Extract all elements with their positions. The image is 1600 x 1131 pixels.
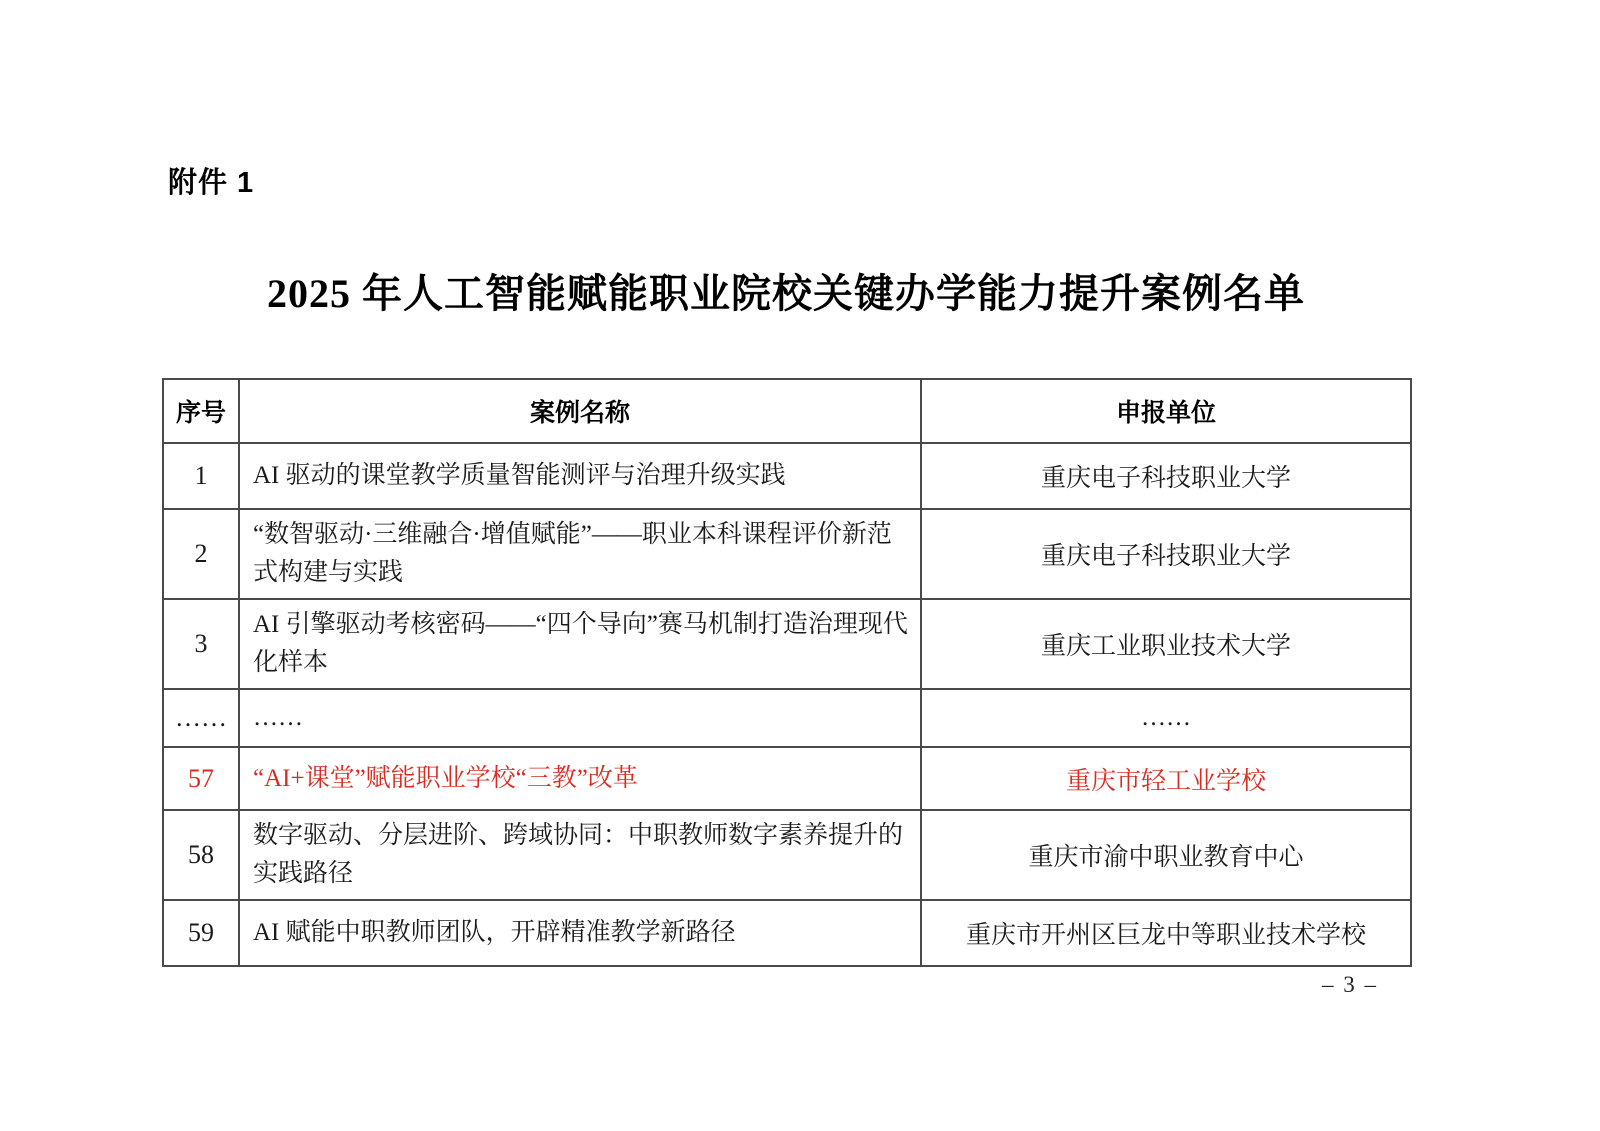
table-row: 58 数字驱动、分层进阶、跨域协同：中职教师数字素养提升的实践路径 重庆市渝中职… [163, 810, 1411, 900]
cell-serial-number: …… [163, 689, 239, 747]
table-row: 1 AI 驱动的课堂教学质量智能测评与治理升级实践 重庆电子科技职业大学 [163, 443, 1411, 509]
table-header-row: 序号 案例名称 申报单位 [163, 379, 1411, 443]
table-row-ellipsis: …… …… …… [163, 689, 1411, 747]
header-serial-number: 序号 [163, 379, 239, 443]
case-list-table: 序号 案例名称 申报单位 1 AI 驱动的课堂教学质量智能测评与治理升级实践 重… [162, 378, 1412, 967]
page-number: – 3 – [1290, 972, 1410, 998]
cell-case-name: 数字驱动、分层进阶、跨域协同：中职教师数字素养提升的实践路径 [239, 810, 921, 900]
cell-applicant-unit: 重庆电子科技职业大学 [921, 509, 1411, 599]
cell-serial-number: 57 [163, 747, 239, 810]
cell-case-name: …… [239, 689, 921, 747]
cell-applicant-unit: 重庆电子科技职业大学 [921, 443, 1411, 509]
table-row: 2 “数智驱动·三维融合·增值赋能”——职业本科课程评价新范式构建与实践 重庆电… [163, 509, 1411, 599]
table-row-highlighted: 57 “AI+课堂”赋能职业学校“三教”改革 重庆市轻工业学校 [163, 747, 1411, 810]
cell-serial-number: 58 [163, 810, 239, 900]
cell-case-name: “数智驱动·三维融合·增值赋能”——职业本科课程评价新范式构建与实践 [239, 509, 921, 599]
cell-applicant-unit: 重庆市开州区巨龙中等职业技术学校 [921, 900, 1411, 966]
cell-case-name: AI 引擎驱动考核密码——“四个导向”赛马机制打造治理现代化样本 [239, 599, 921, 689]
cell-applicant-unit: …… [921, 689, 1411, 747]
cell-serial-number: 59 [163, 900, 239, 966]
cell-serial-number: 2 [163, 509, 239, 599]
cell-applicant-unit: 重庆市轻工业学校 [921, 747, 1411, 810]
cell-case-name: AI 赋能中职教师团队，开辟精准教学新路径 [239, 900, 921, 966]
header-case-name: 案例名称 [239, 379, 921, 443]
cell-case-name: “AI+课堂”赋能职业学校“三教”改革 [239, 747, 921, 810]
table-row: 3 AI 引擎驱动考核密码——“四个导向”赛马机制打造治理现代化样本 重庆工业职… [163, 599, 1411, 689]
cell-serial-number: 1 [163, 443, 239, 509]
cell-serial-number: 3 [163, 599, 239, 689]
header-applicant-unit: 申报单位 [921, 379, 1411, 443]
cell-applicant-unit: 重庆市渝中职业教育中心 [921, 810, 1411, 900]
cell-applicant-unit: 重庆工业职业技术大学 [921, 599, 1411, 689]
page-title: 2025 年人工智能赋能职业院校关键办学能力提升案例名单 [162, 262, 1410, 319]
attachment-label: 附件 1 [168, 160, 254, 201]
cell-case-name: AI 驱动的课堂教学质量智能测评与治理升级实践 [239, 443, 921, 509]
table-row: 59 AI 赋能中职教师团队，开辟精准教学新路径 重庆市开州区巨龙中等职业技术学… [163, 900, 1411, 966]
